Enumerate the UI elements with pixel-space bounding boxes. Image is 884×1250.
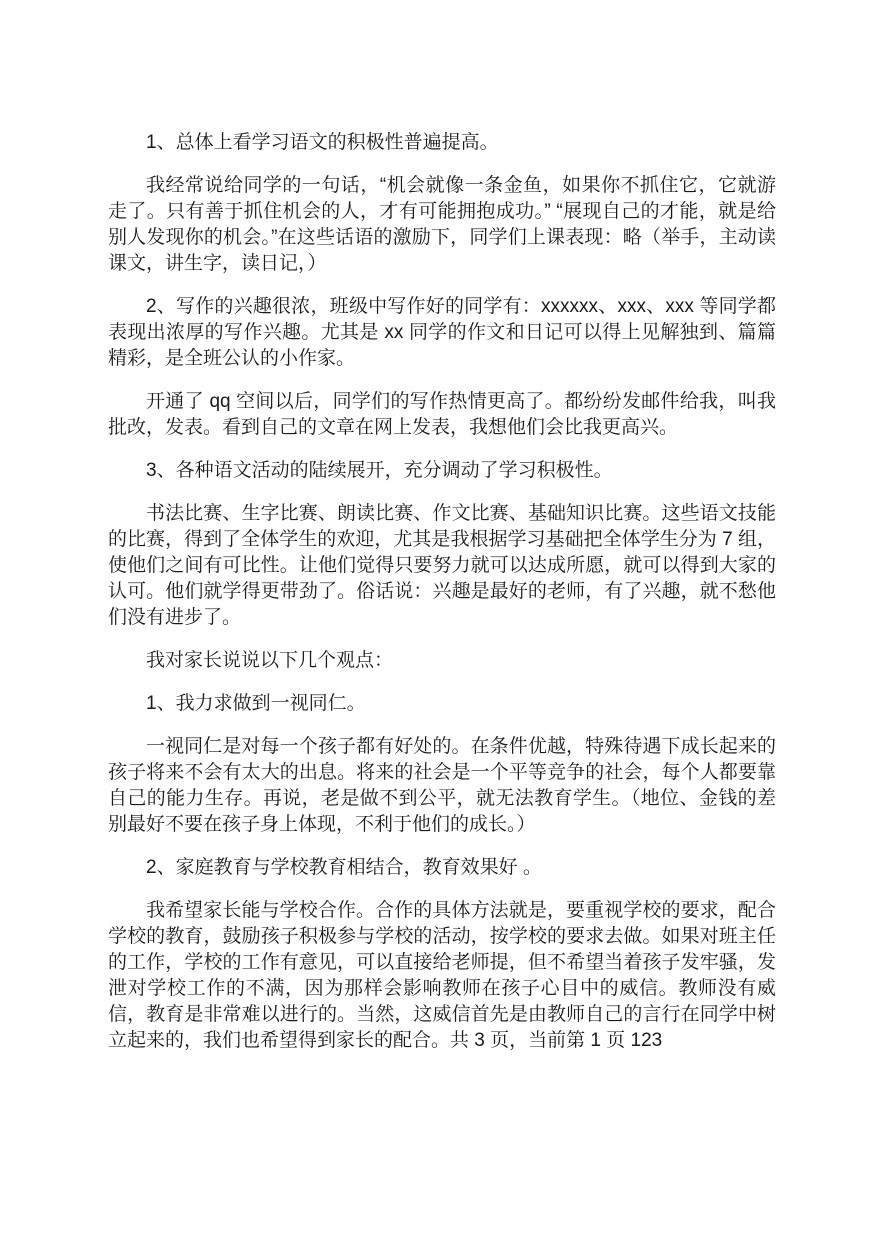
paragraph-heading-1: 1、总体上看学习语文的积极性普遍提高。 <box>108 130 776 156</box>
paragraph-point-1-body: 一视同仁是对每一个孩子都有好处的。在条件优越，特殊待遇下成长起来的孩子将来不会有… <box>108 734 776 838</box>
paragraph-point-1-heading: 1、我力求做到一视同仁。 <box>108 691 776 717</box>
paragraph-body-1: 我经常说给同学的一句话，“机会就像一条金鱼，如果你不抓住它，它就游走了。只有善于… <box>108 173 776 277</box>
paragraph-body-3: 书法比赛、生字比赛、朗读比赛、作文比赛、基础知识比赛。这些语文技能的比赛，得到了… <box>108 501 776 631</box>
paragraph-point-2-heading: 2、家庭教育与学校教育相结合，教育效果好 。 <box>108 855 776 881</box>
paragraph-body-2: 开通了 qq 空间以后，同学们的写作热情更高了。都纷纷发邮件给我，叫我批改，发表… <box>108 389 776 441</box>
paragraph-heading-3: 3、各种语文活动的陆续展开，充分调动了学习积极性。 <box>108 458 776 484</box>
document-page: 1、总体上看学习语文的积极性普遍提高。 我经常说给同学的一句话，“机会就像一条金… <box>0 0 884 1250</box>
paragraph-point-2-body-with-pagination: 我希望家长能与学校合作。合作的具体方法就是，要重视学校的要求，配合学校的教育，鼓… <box>108 898 776 1054</box>
paragraph-intro-parents: 我对家长说说以下几个观点： <box>108 648 776 674</box>
paragraph-heading-2: 2、写作的兴趣很浓，班级中写作好的同学有：xxxxxx、xxx、xxx 等同学都… <box>108 294 776 372</box>
